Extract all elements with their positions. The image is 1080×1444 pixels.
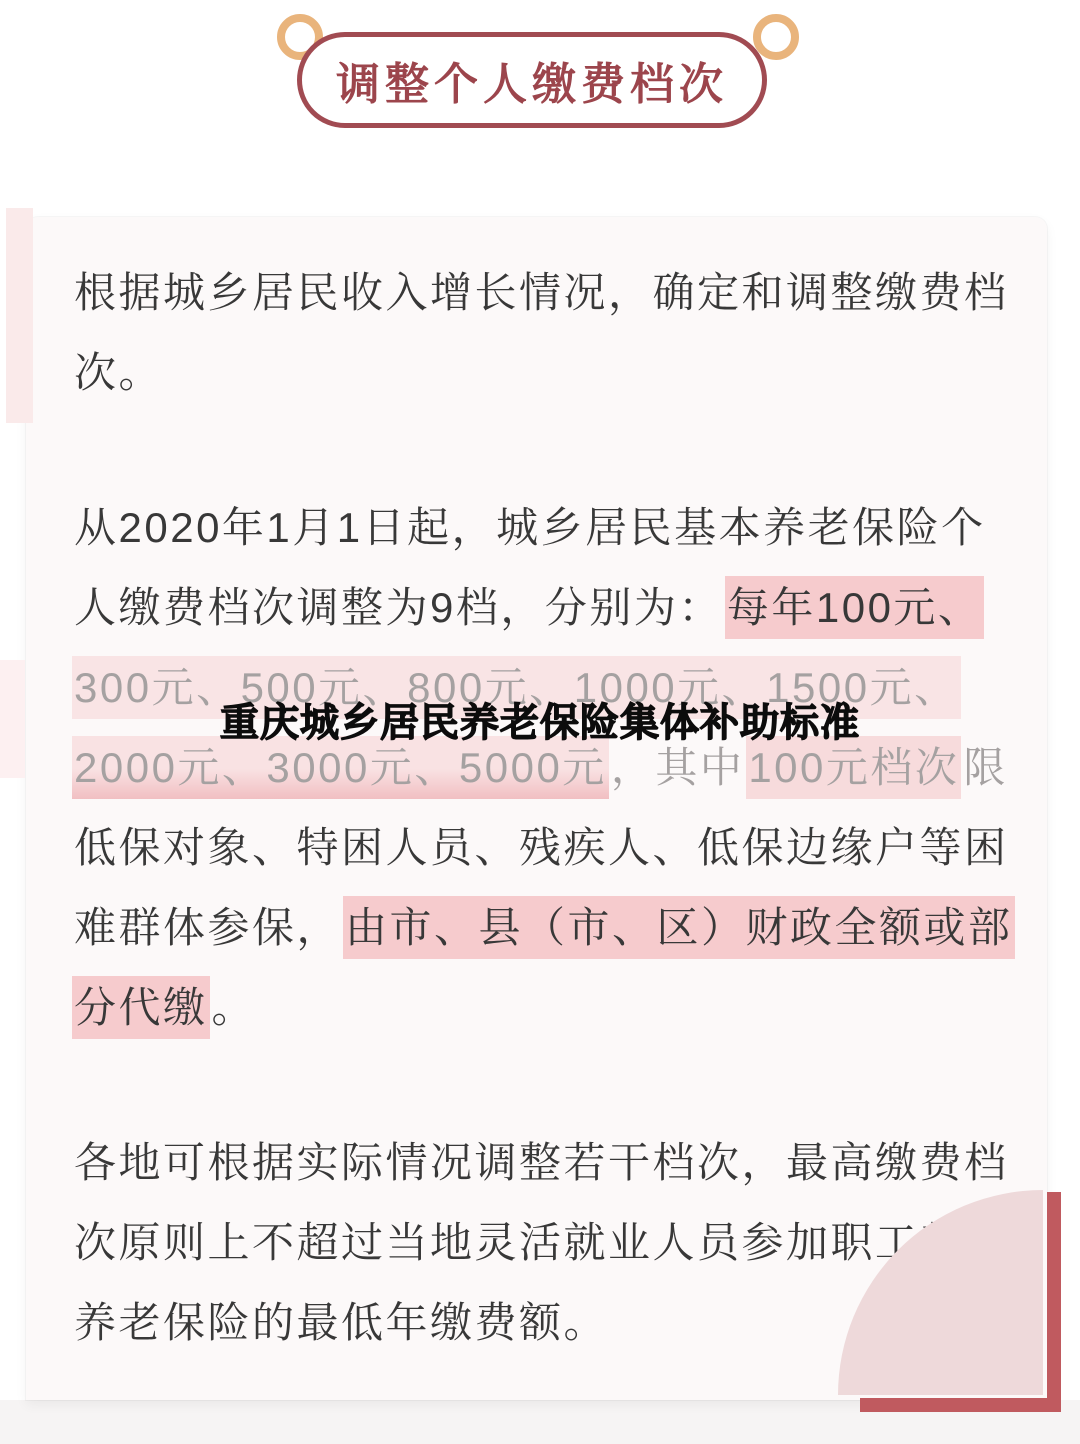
highlighted-text: 每年100元、: [725, 576, 985, 639]
text-segment: 根据城乡居民收入增长情况，确定和调整缴费档: [72, 261, 1011, 324]
overlay-caption: 重庆城乡居民养老保险集体补助标准: [0, 692, 1080, 748]
hook-ring-right-icon: [753, 14, 799, 60]
text-segment: 难群体参保，: [72, 896, 343, 959]
text-segment: 从2020年1月1日起，城乡居民基本养老保险个: [72, 496, 988, 559]
text-line: 低保对象、特困人员、残疾人、低保边缘户等困: [72, 808, 1001, 888]
text-segment: 人缴费档次调整为9档，分别为：: [72, 576, 725, 639]
text-line: 难群体参保，由市、县（市、区）财政全额或部: [72, 888, 1001, 968]
corner-border-vertical: [1047, 1192, 1061, 1412]
text-line: 人缴费档次调整为9档，分别为：每年100元、: [72, 568, 1001, 648]
highlighted-text: 由市、县（市、区）财政全额或部: [343, 896, 1015, 959]
text-segment: 低保对象、特困人员、残疾人、低保边缘户等困: [72, 816, 1011, 879]
title-badge: 调整个人缴费档次: [297, 32, 767, 128]
body-paragraph: 根据城乡居民收入增长情况，确定和调整缴费档次。: [72, 253, 1001, 413]
text-line: 次。: [72, 333, 1001, 413]
text-line: 根据城乡居民收入增长情况，确定和调整缴费档: [72, 253, 1001, 333]
title-badge-label: 调整个人缴费档次: [336, 48, 728, 112]
text-line: 次原则上不超过当地灵活就业人员参加职工基本: [72, 1203, 1001, 1283]
body-paragraph: 从2020年1月1日起，城乡居民基本养老保险个人缴费档次调整为9档，分别为：每年…: [72, 488, 1001, 1048]
text-segment: 各地可根据实际情况调整若干档次，最高缴费档: [72, 1131, 1011, 1194]
article-card: 根据城乡居民收入增长情况，确定和调整缴费档次。从2020年1月1日起，城乡居民基…: [26, 217, 1047, 1400]
text-segment: 次。: [72, 341, 165, 404]
pink-strip-left-top: [6, 208, 33, 423]
text-segment: 。: [210, 976, 259, 1039]
text-segment: 养老保险的最低年缴费额。: [72, 1291, 610, 1354]
text-line: 从2020年1月1日起，城乡居民基本养老保险个: [72, 488, 1001, 568]
corner-border-horizontal: [860, 1398, 1061, 1412]
article-body: 根据城乡居民收入增长情况，确定和调整缴费档次。从2020年1月1日起，城乡居民基…: [72, 253, 1001, 1363]
highlighted-text: 分代缴: [72, 976, 210, 1039]
text-segment: 次原则上不超过当地灵活就业人员参加职工基本: [72, 1211, 1011, 1274]
text-line: 分代缴。: [72, 968, 1001, 1048]
text-line: 各地可根据实际情况调整若干档次，最高缴费档: [72, 1123, 1001, 1203]
